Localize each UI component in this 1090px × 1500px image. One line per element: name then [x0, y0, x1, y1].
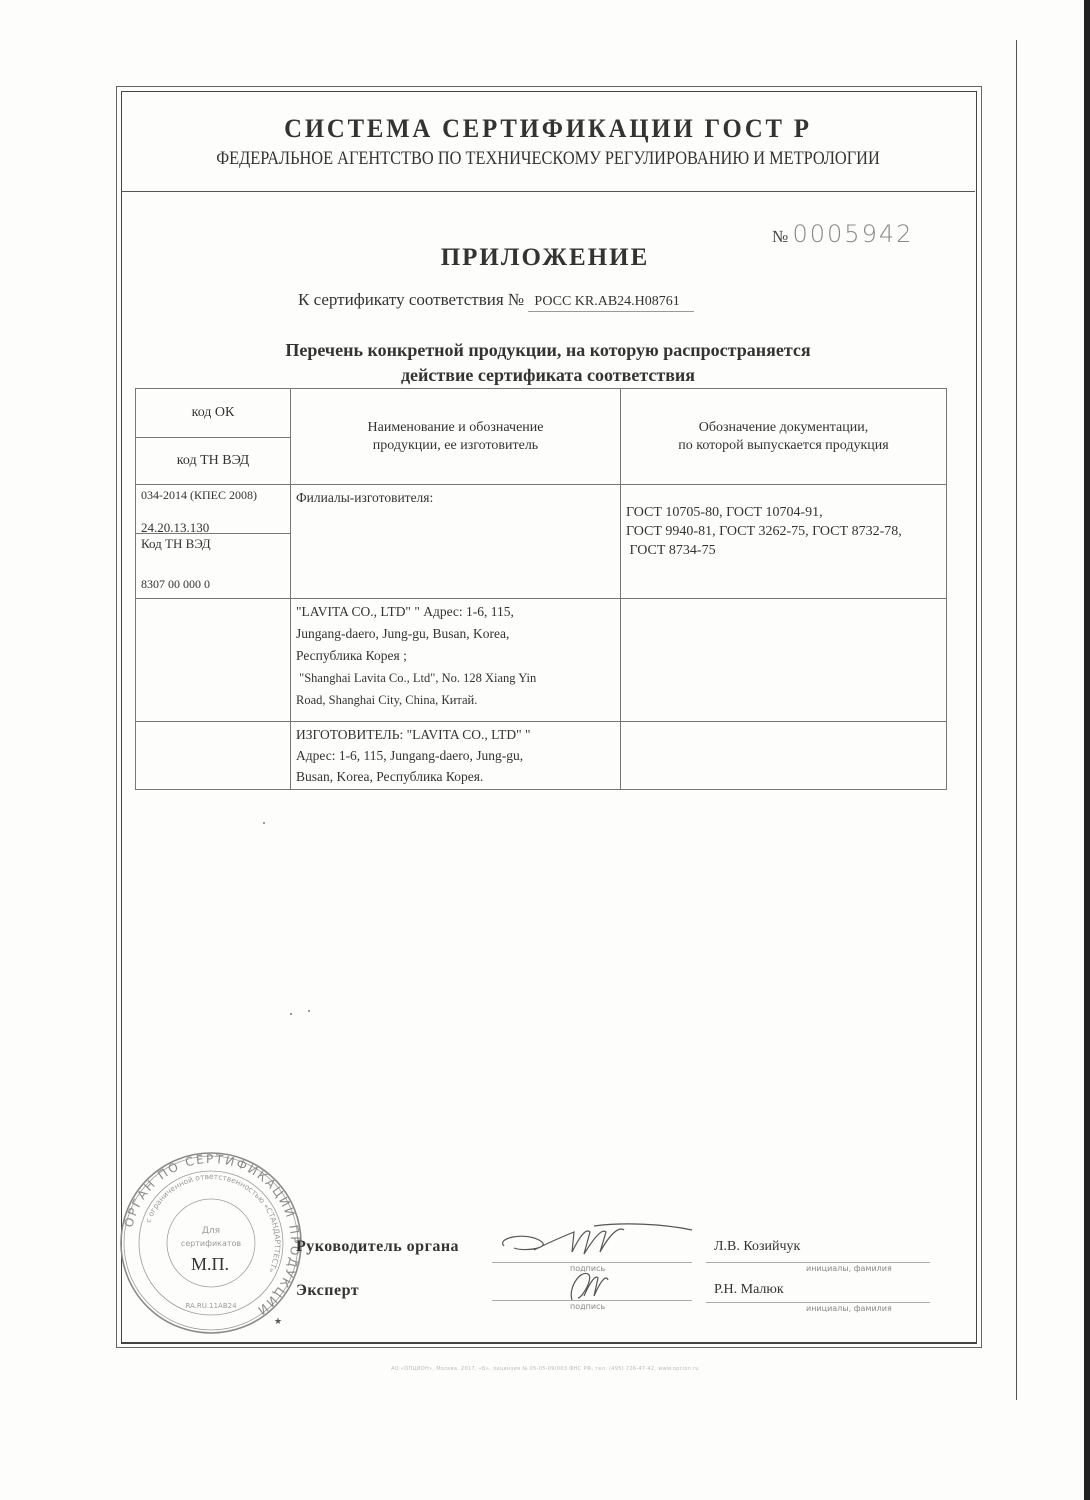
- expert-name-line: [706, 1302, 930, 1303]
- cert-ref-label: К сертификату соответствия №: [298, 290, 524, 309]
- head-of-body-label: Руководитель органа: [296, 1238, 459, 1256]
- head-name: Л.В. Козийчук: [714, 1239, 800, 1255]
- list-title: Перечень конкретной продукции, на котору…: [121, 338, 975, 388]
- printer-footer: АО «ОПЦИОН», Москва, 2017, «Б», лицензия…: [0, 1366, 1090, 1372]
- header-code-tn-ved: код ТН ВЭД: [136, 438, 291, 485]
- header-docs-line2: по которой выпускается продукция: [626, 437, 941, 455]
- svg-text:сертификатов: сертификатов: [181, 1239, 242, 1248]
- svg-text:Для: Для: [202, 1226, 220, 1236]
- table-row: "LAVITA CO., LTD" " Адрес: 1-6, 115, Jun…: [136, 599, 947, 722]
- header-name-line2: продукции, ее изготовитель: [296, 437, 615, 455]
- expert-signature-caption: подпись: [570, 1302, 605, 1311]
- branch-line3: Республика Корея ;: [296, 645, 615, 667]
- svg-text:RA.RU.11АВ24: RA.RU.11АВ24: [185, 1302, 237, 1310]
- list-title-line2: действие сертификата соответствия: [121, 363, 975, 388]
- branch-line5: Road, Shanghai City, China, Китай.: [296, 689, 615, 711]
- svg-text:★: ★: [274, 1317, 282, 1327]
- head-name-line: [706, 1262, 930, 1263]
- empty-code-cell: [136, 722, 291, 790]
- scan-speck: [290, 1013, 292, 1015]
- seal-stamp-icon: ОРГАН ПО СЕРТИФИКАЦИИ ПРОДУКЦИИ с ограни…: [116, 1148, 306, 1338]
- expert-name: Р.Н. Малюк: [714, 1282, 784, 1298]
- cert-number: РОСС KR.AB24.H08761: [528, 294, 693, 312]
- product-table: код ОК Наименование и обозначение продук…: [135, 388, 947, 790]
- header-docs-line1: Обозначение документации,: [626, 419, 941, 437]
- head-name-caption: инициалы, фамилия: [806, 1264, 892, 1273]
- header-product-name: Наименование и обозначение продукции, ее…: [291, 389, 621, 485]
- codes-cell: 034-2014 (КПЕС 2008) 24.20.13.130 Код ТН…: [136, 485, 291, 599]
- empty-code-cell: [136, 599, 291, 722]
- product-name-cell: Филиалы-изготовителя:: [291, 485, 621, 599]
- expert-signature-line: [492, 1300, 692, 1301]
- branches-label: Филиалы-изготовителя:: [296, 487, 615, 509]
- table-row: 034-2014 (КПЕС 2008) 24.20.13.130 Код ТН…: [136, 485, 947, 599]
- product-name-cell: "LAVITA CO., LTD" " Адрес: 1-6, 115, Jun…: [291, 599, 621, 722]
- agency-title: ФЕДЕРАЛЬНОЕ АГЕНТСТВО ПО ТЕХНИЧЕСКОМУ РЕ…: [181, 148, 915, 170]
- documentation-cell: ГОСТ 10705-80, ГОСТ 10704-91, ГОСТ 9940-…: [621, 485, 947, 599]
- code-tn-label: Код ТН ВЭД: [141, 534, 285, 554]
- manufacturer-cell: ИЗГОТОВИТЕЛЬ: "LAVITA CO., LTD" " Адрес:…: [291, 722, 621, 790]
- branch-line4: "Shanghai Lavita Co., Ltd", No. 128 Xian…: [296, 667, 615, 689]
- page-title: ПРИЛОЖЕНИЕ: [0, 244, 1090, 272]
- branch-line1: "LAVITA CO., LTD" " Адрес: 1-6, 115,: [296, 601, 615, 623]
- empty-docs-cell: [621, 722, 947, 790]
- scan-edge: [1084, 0, 1090, 1500]
- expert-signature-icon: [566, 1268, 616, 1304]
- branch-line2: Jungang-daero, Jung-gu, Busan, Korea,: [296, 623, 615, 645]
- docs-line2: ГОСТ 9940-81, ГОСТ 3262-75, ГОСТ 8732-78…: [626, 522, 941, 541]
- manufacturer-line2: Адрес: 1-6, 115, Jungang-daero, Jung-gu,: [296, 745, 615, 766]
- head-signature-line: [492, 1262, 692, 1263]
- manufacturer-line3: Busan, Korea, Республика Корея.: [296, 766, 615, 787]
- header-band: СИСТЕМА СЕРТИФИКАЦИИ ГОСТ Р ФЕДЕРАЛЬНОЕ …: [121, 112, 975, 170]
- docs-line1: ГОСТ 10705-80, ГОСТ 10704-91,: [626, 503, 941, 522]
- expert-label: Эксперт: [296, 1282, 359, 1300]
- table-row: ИЗГОТОВИТЕЛЬ: "LAVITA CO., LTD" " Адрес:…: [136, 722, 947, 790]
- head-signature-icon: [494, 1222, 694, 1262]
- expert-name-caption: инициалы, фамилия: [806, 1304, 892, 1313]
- list-title-line1: Перечень конкретной продукции, на котору…: [121, 338, 975, 363]
- svg-text:М.П.: М.П.: [191, 1254, 229, 1274]
- code-ok-classifier: 034-2014 (КПЕС 2008): [141, 485, 285, 505]
- header-name-line1: Наименование и обозначение: [296, 419, 615, 437]
- code-tn-block: Код ТН ВЭД 8307 00 000 0: [136, 534, 290, 598]
- scan-speck: [263, 822, 265, 824]
- scan-speck: [308, 1010, 310, 1012]
- system-title: СИСТЕМА СЕРТИФИКАЦИИ ГОСТ Р: [142, 114, 953, 144]
- empty-docs-cell: [621, 599, 947, 722]
- header-documentation: Обозначение документации, по которой вып…: [621, 389, 947, 485]
- header-code-ok: код ОК: [136, 389, 291, 438]
- manufacturer-line1: ИЗГОТОВИТЕЛЬ: "LAVITA CO., LTD" ": [296, 724, 615, 745]
- certificate-reference: К сертификату соответствия № РОСС KR.AB2…: [298, 290, 694, 312]
- code-tn-value: 8307 00 000 0: [141, 574, 285, 594]
- code-ok-block: 034-2014 (КПЕС 2008) 24.20.13.130: [136, 485, 290, 534]
- docs-line3: ГОСТ 8734-75: [626, 541, 941, 560]
- table-header-row: код ОК Наименование и обозначение продук…: [136, 389, 947, 438]
- header-rule: [121, 191, 975, 192]
